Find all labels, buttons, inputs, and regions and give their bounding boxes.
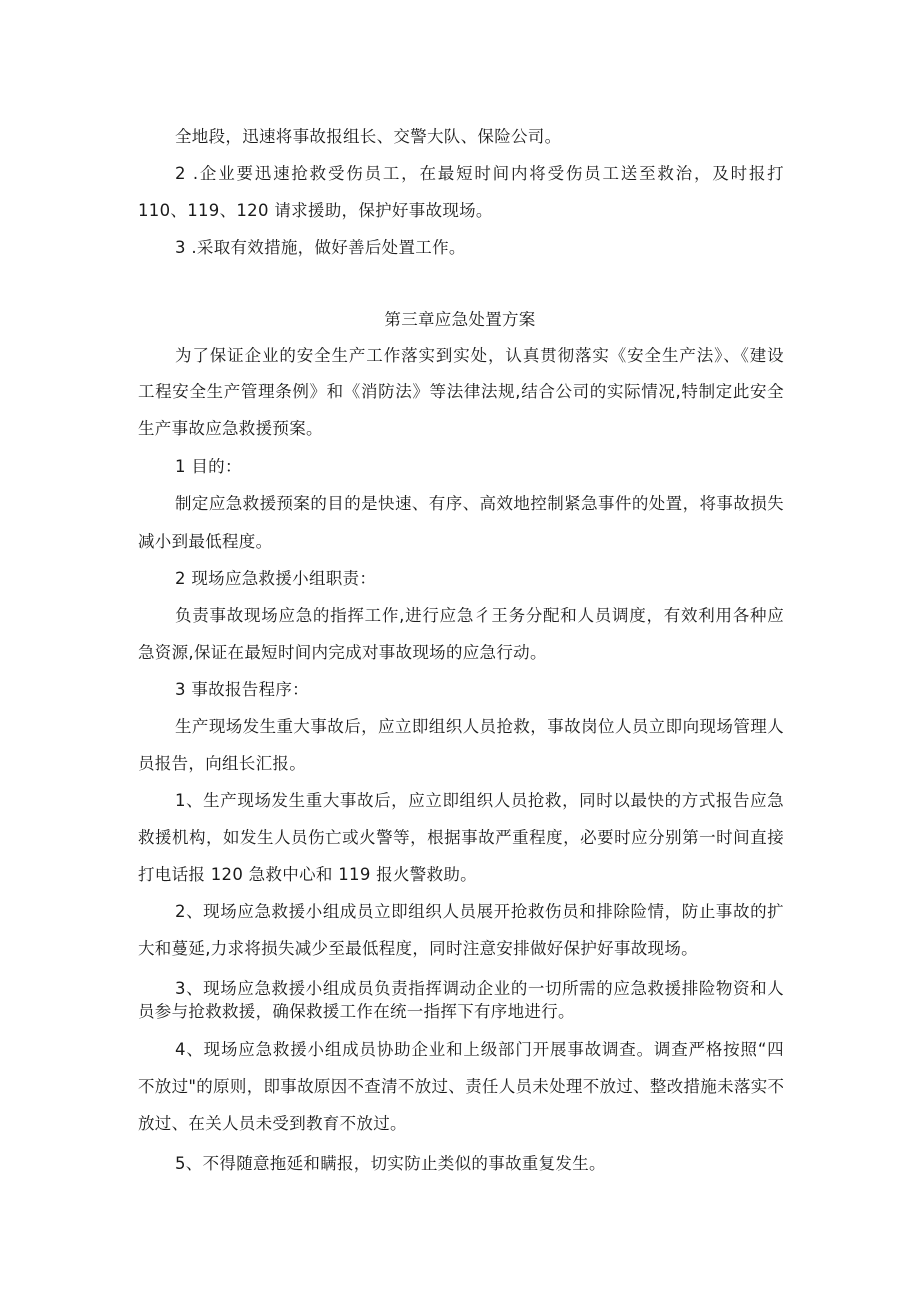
text-line: 急资源,保证在最短时间内完成对事故现场的应急行动。 xyxy=(138,642,784,664)
text-line: 110、119、120 请求援助，保护好事故现场。 xyxy=(138,200,784,222)
text-line: 放过、在关人员未受到教育不放过。 xyxy=(138,1113,784,1135)
text-line: 打电话报 120 急救中心和 119 报火警救助。 xyxy=(138,864,784,886)
text-line: 4、现场应急救援小组成员协助企业和上级部门开展事故调查。调查严格按照“四 xyxy=(175,1039,784,1061)
text-line: 1 目的： xyxy=(175,456,784,478)
text-line: 1、生产现场发生重大事故后，应立即组织人员抢救，同时以最快的方式报告应急 xyxy=(175,790,784,812)
text-line: 2 现场应急救援小组职责： xyxy=(175,568,784,590)
text-line: 为了保证企业的安全生产工作落实到实处，认真贯彻落实《安全生产法》、《建设 xyxy=(175,345,784,367)
text-line: 工程安全生产管理条例》和《消防法》等法律法规,结合公司的实际情况,特制定此安全 xyxy=(138,381,784,403)
text-line: 制定应急救援预案的目的是快速、有序、高效地控制紧急事件的处置，将事故损失 xyxy=(175,493,784,515)
text-line: 3 事故报告程序： xyxy=(175,679,784,701)
text-line: 大和蔓延,力求将损失减少至最低程度，同时注意安排做好保护好事故现场。 xyxy=(138,938,784,960)
chapter-heading: 第三章应急处置方案 xyxy=(0,309,920,331)
text-line: 减小到最低程度。 xyxy=(138,531,784,553)
document-page: 全地段，迅速将事故报组长、交警大队、保险公司。2 .企业要迅速抢救受伤员工，在最… xyxy=(0,0,920,1301)
text-line: 2 .企业要迅速抢救受伤员工，在最短时间内将受伤员工送至救治，及时报打 xyxy=(175,163,784,185)
text-line: 负责事故现场应急的指挥工作,进行应急彳王务分配和人员调度，有效利用各种应 xyxy=(175,605,784,627)
text-line: 2、现场应急救援小组成员立即组织人员展开抢救伤员和排除险情，防止事故的扩 xyxy=(175,901,784,923)
text-line: 救援机构，如发生人员伤亡或火警等，根据事故严重程度，必要时应分别第一时间直接 xyxy=(138,827,784,849)
text-line: 员参与抢救救援，确保救援工作在统一指挥下有序地进行。 xyxy=(138,1001,784,1023)
text-line: 生产事故应急救援预案。 xyxy=(138,418,784,440)
text-line: 3 .采取有效措施，做好善后处置工作。 xyxy=(175,237,784,259)
text-line: 员报告，向组长汇报。 xyxy=(138,753,784,775)
text-line: 生产现场发生重大事故后，应立即组织人员抢救，事故岗位人员立即向现场管理人 xyxy=(175,716,784,738)
text-line: 5、不得随意拖延和瞒报，切实防止类似的事故重复发生。 xyxy=(175,1153,784,1175)
text-line: 3、现场应急救援小组成员负责指挥调动企业的一切所需的应急救援排险物资和人 xyxy=(175,978,784,1000)
text-line: 不放过"的原则，即事故原因不查清不放过、责任人员未处理不放过、整改措施未落实不 xyxy=(138,1076,784,1098)
text-line: 全地段，迅速将事故报组长、交警大队、保险公司。 xyxy=(175,126,784,148)
